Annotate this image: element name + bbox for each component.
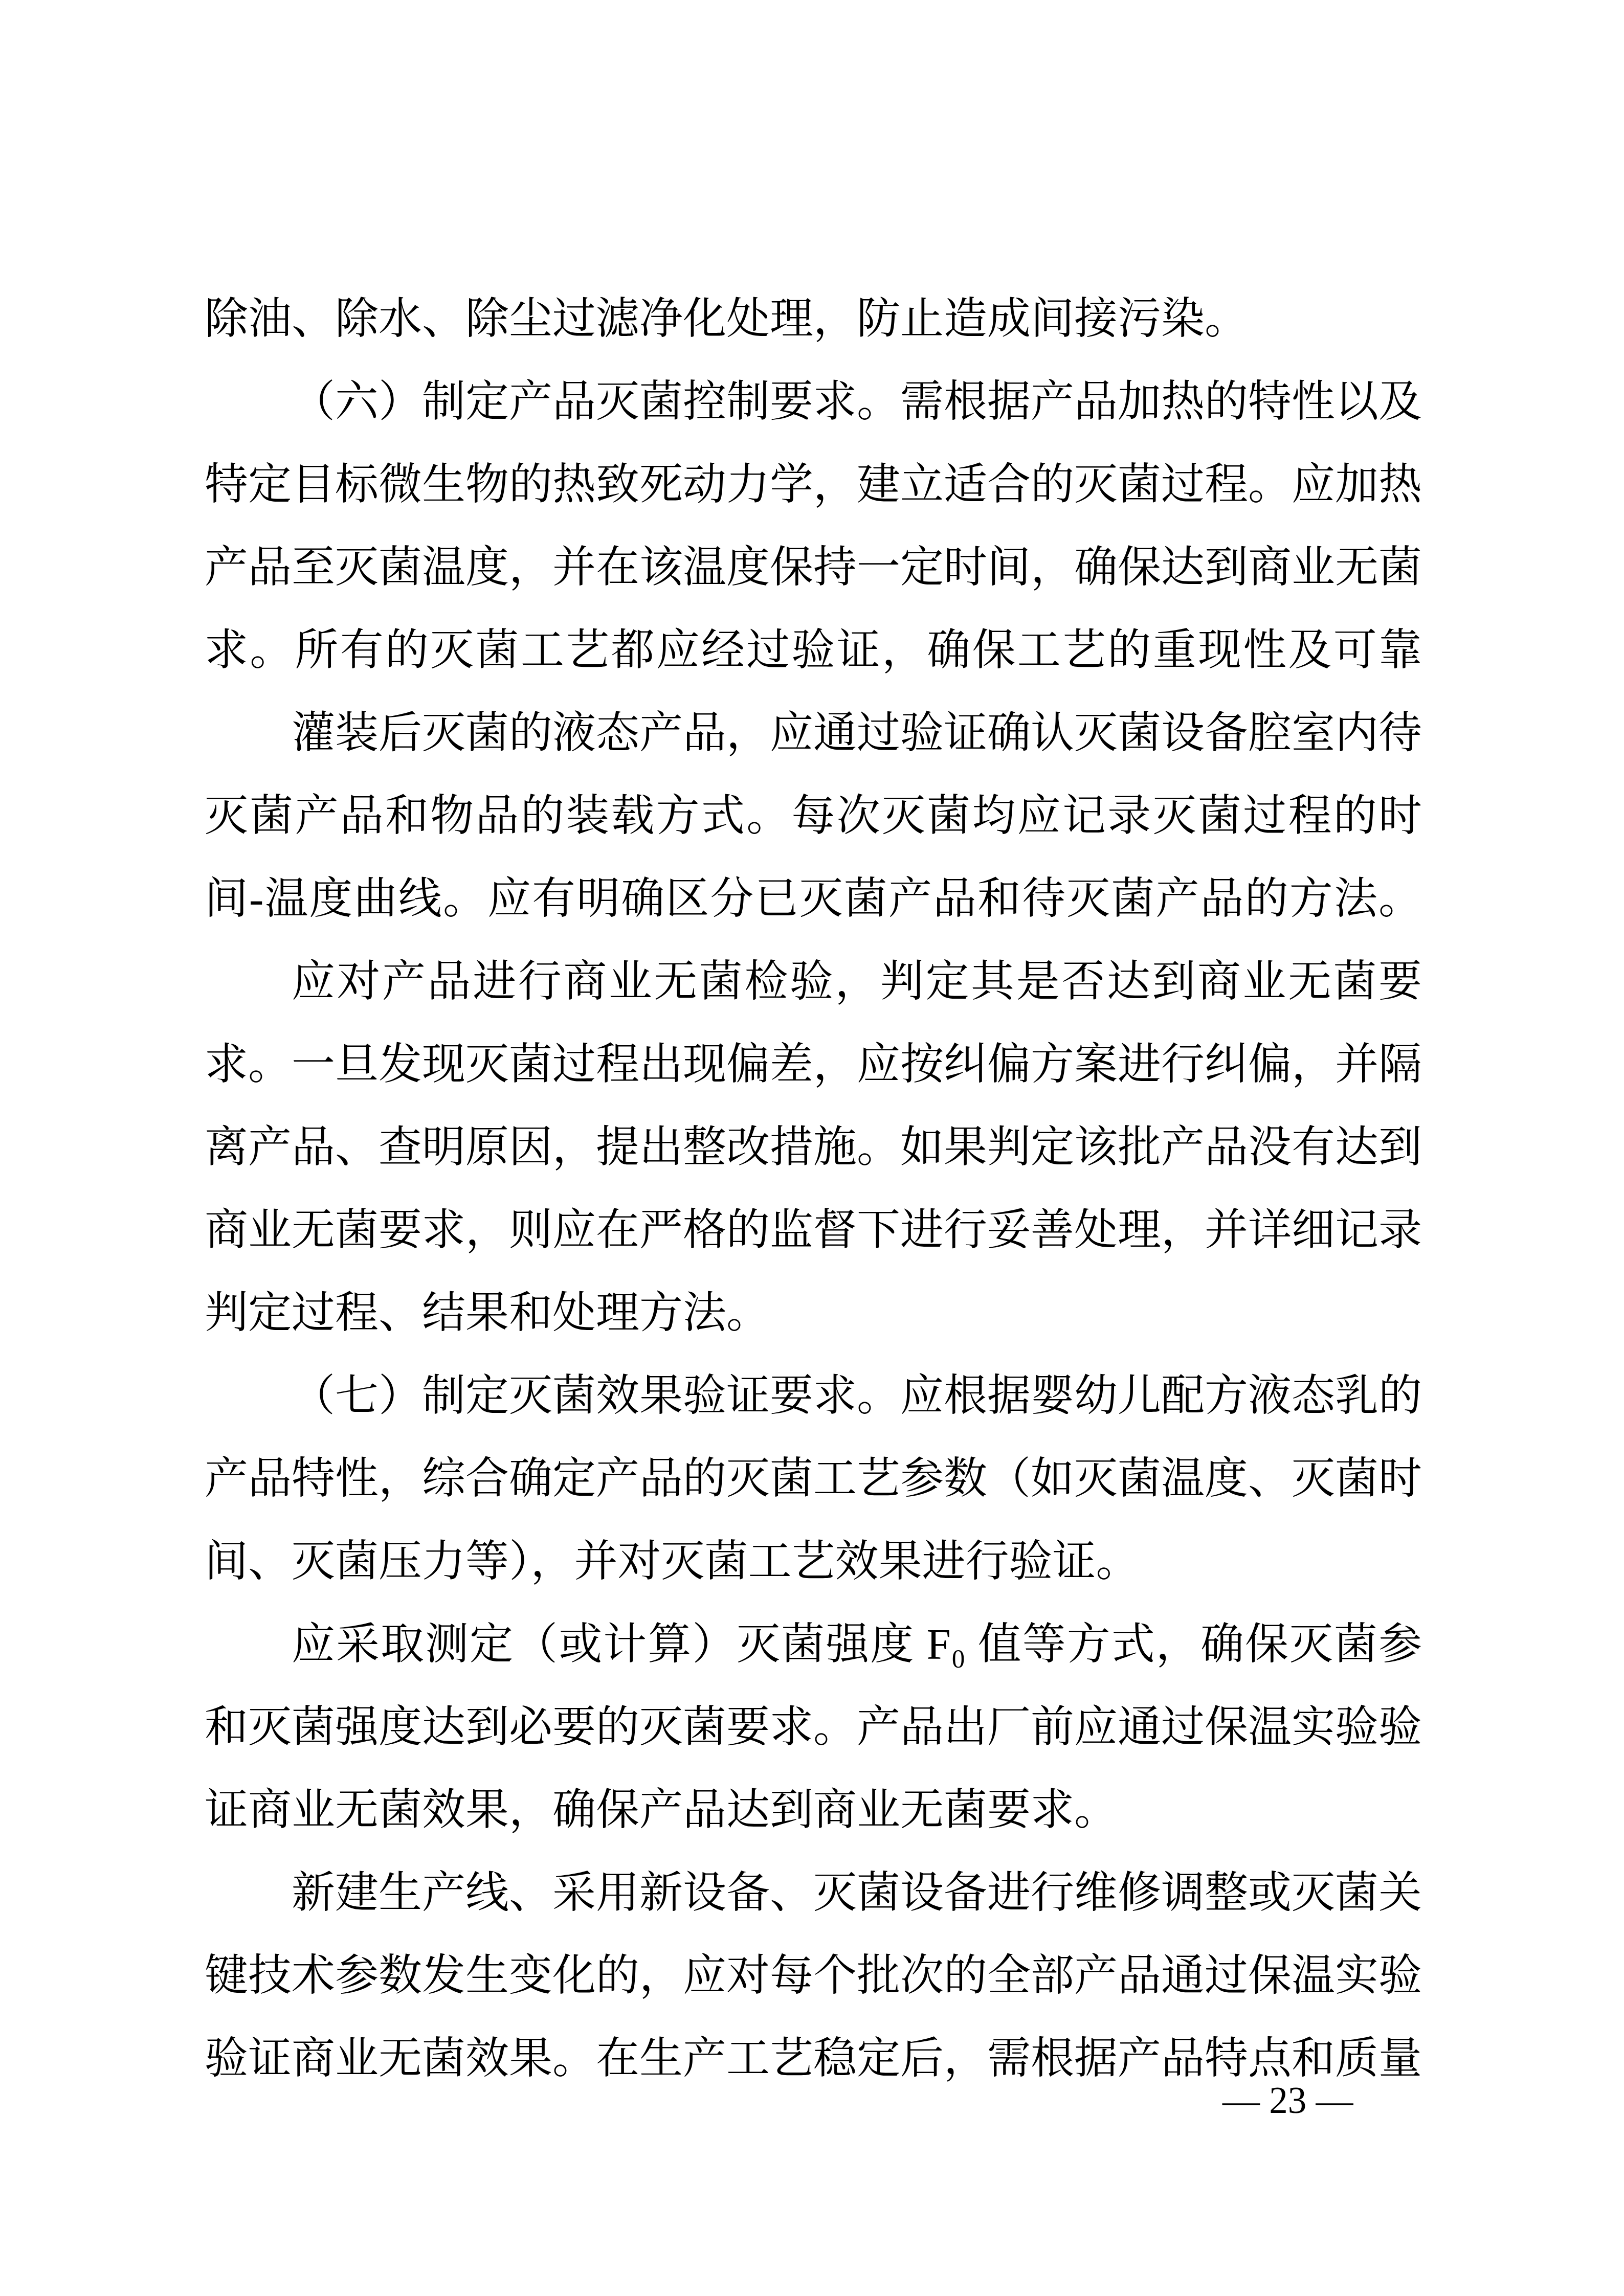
text-line: 和灭菌强度达到必要的灭菌要求。产品出厂前应通过保温实验验 [205, 1686, 1422, 1769]
text-line: 求。一旦发现灭菌过程出现偏差，应按纠偏方案进行纠偏，并隔 [205, 1023, 1422, 1106]
document-page: 除油、除水、除尘过滤净化处理，防止造成间接污染。（六）制定产品灭菌控制要求。需根… [0, 0, 1624, 2296]
text-line: 产品特性，综合确定产品的灭菌工艺参数（如灭菌温度、灭菌时 [205, 1437, 1422, 1520]
text-line: 除油、除水、除尘过滤净化处理，防止造成间接污染。 [205, 278, 1422, 361]
document-body: 除油、除水、除尘过滤净化处理，防止造成间接污染。（六）制定产品灭菌控制要求。需根… [205, 278, 1422, 2100]
page-number: — 23 — [1222, 2080, 1353, 2121]
text-line: 商业无菌要求，则应在严格的监督下进行妥善处理，并详细记录 [205, 1189, 1422, 1272]
text-line: 新建生产线、采用新设备、灭菌设备进行维修调整或灭菌关 [205, 1852, 1422, 1934]
text-line: 应采取测定（或计算）灭菌强度 F₀ 值等方式，确保灭菌参数 [205, 1603, 1422, 1686]
text-line: 键技术参数发生变化的，应对每个批次的全部产品通过保温实验 [205, 1934, 1422, 2017]
text-line: 特定目标微生物的热致死动力学，建立适合的灭菌过程。应加热 [205, 443, 1422, 526]
text-line: 灭菌产品和物品的装载方式。每次灭菌均应记录灭菌过程的时 [205, 775, 1422, 858]
text-line: 应对产品进行商业无菌检验，判定其是否达到商业无菌要 [205, 940, 1422, 1023]
text-line: 求。所有的灭菌工艺都应经过验证，确保工艺的重现性及可靠性。 [205, 609, 1422, 692]
text-line: 判定过程、结果和处理方法。 [205, 1272, 1422, 1355]
text-line: 间、灭菌压力等），并对灭菌工艺效果进行验证。 [205, 1520, 1422, 1603]
text-line: 证商业无菌效果，确保产品达到商业无菌要求。 [205, 1769, 1422, 1852]
text-line: 间-温度曲线。应有明确区分已灭菌产品和待灭菌产品的方法。 [205, 858, 1422, 940]
text-line: （六）制定产品灭菌控制要求。需根据产品加热的特性以及 [205, 361, 1422, 443]
text-line: （七）制定灭菌效果验证要求。应根据婴幼儿配方液态乳的 [205, 1355, 1422, 1437]
text-line: 产品至灭菌温度，并在该温度保持一定时间，确保达到商业无菌要 [205, 526, 1422, 609]
text-line: 灌装后灭菌的液态产品，应通过验证确认灭菌设备腔室内待 [205, 692, 1422, 775]
text-line: 离产品、查明原因，提出整改措施。如果判定该批产品没有达到 [205, 1106, 1422, 1189]
